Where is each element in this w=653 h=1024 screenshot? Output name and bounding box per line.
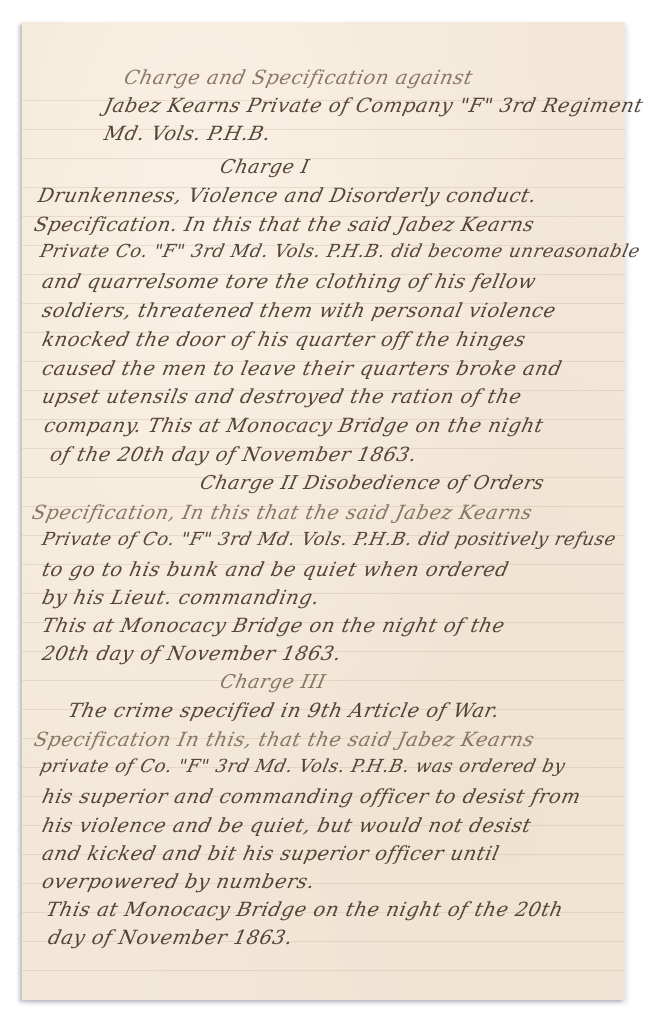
- charge-3-spec-line: day of November 1863.: [46, 926, 295, 949]
- charge-1-spec-line: soldiers, threatened them with personal …: [40, 299, 558, 322]
- charge-2-spec-line: Specification, In this that the said Jab…: [30, 501, 535, 524]
- letter-sheet: Charge and Specification against Jabez K…: [22, 22, 625, 1000]
- charge-1-spec-line: of the 20th day of November 1863.: [48, 443, 419, 466]
- title-line-3: Md. Vols. P.H.B.: [102, 122, 273, 145]
- charge-3-spec-line: Specification In this, that the said Jab…: [32, 728, 537, 751]
- charge-2-spec-line: to go to his bunk and be quiet when orde…: [40, 558, 511, 581]
- charge-2-spec-line: Private of Co. "F" 3rd Md. Vols. P.H.B. …: [40, 529, 618, 550]
- ruled-line: [22, 158, 625, 159]
- charge-1-heading: Charge I: [218, 156, 312, 178]
- charge-1-text: Drunkenness, Violence and Disorderly con…: [36, 184, 539, 207]
- charge-3-spec-line: This at Monocacy Bridge on the night of …: [44, 898, 566, 921]
- charge-3-spec-line: and kicked and bit his superior officer …: [40, 842, 502, 865]
- charge-2-spec-line: by his Lieut. commanding.: [40, 586, 322, 609]
- charge-3-spec-line: overpowered by numbers.: [40, 870, 317, 893]
- charge-3-heading: Charge III: [218, 671, 328, 693]
- ruled-line: [22, 970, 625, 971]
- charge-1-spec-line: company. This at Monocacy Bridge on the …: [42, 414, 546, 437]
- charge-2-spec-line: This at Monocacy Bridge on the night of …: [40, 614, 507, 637]
- charge-1-spec-line: knocked the door of his quarter off the …: [40, 328, 528, 351]
- charge-1-spec-line: caused the men to leave their quarters b…: [40, 357, 564, 380]
- charge-1-spec-line: Private Co. "F" 3rd Md. Vols. P.H.B. did…: [38, 241, 642, 262]
- charge-3-text: The crime specified in 9th Article of Wa…: [66, 699, 502, 722]
- charge-2-spec-line: 20th day of November 1863.: [40, 642, 344, 665]
- title-line-1: Charge and Specification against: [122, 66, 475, 89]
- charge-1-spec-line: and quarrelsome tore the clothing of his…: [40, 270, 538, 293]
- charge-3-spec-line: private of Co. "F" 3rd Md. Vols. P.H.B. …: [38, 756, 567, 777]
- page-background: Charge and Specification against Jabez K…: [0, 0, 653, 1024]
- charge-1-spec-line: Specification. In this that the said Jab…: [32, 213, 537, 236]
- charge-3-spec-line: his superior and commanding officer to d…: [40, 785, 583, 808]
- title-line-2: Jabez Kearns Private of Company "F" 3rd …: [102, 94, 645, 117]
- charge-1-spec-line: upset utensils and destroyed the ration …: [40, 385, 524, 408]
- charge-2-heading: Charge II Disobedience of Orders: [198, 472, 547, 494]
- charge-3-spec-line: his violence and be quiet, but would not…: [40, 814, 534, 837]
